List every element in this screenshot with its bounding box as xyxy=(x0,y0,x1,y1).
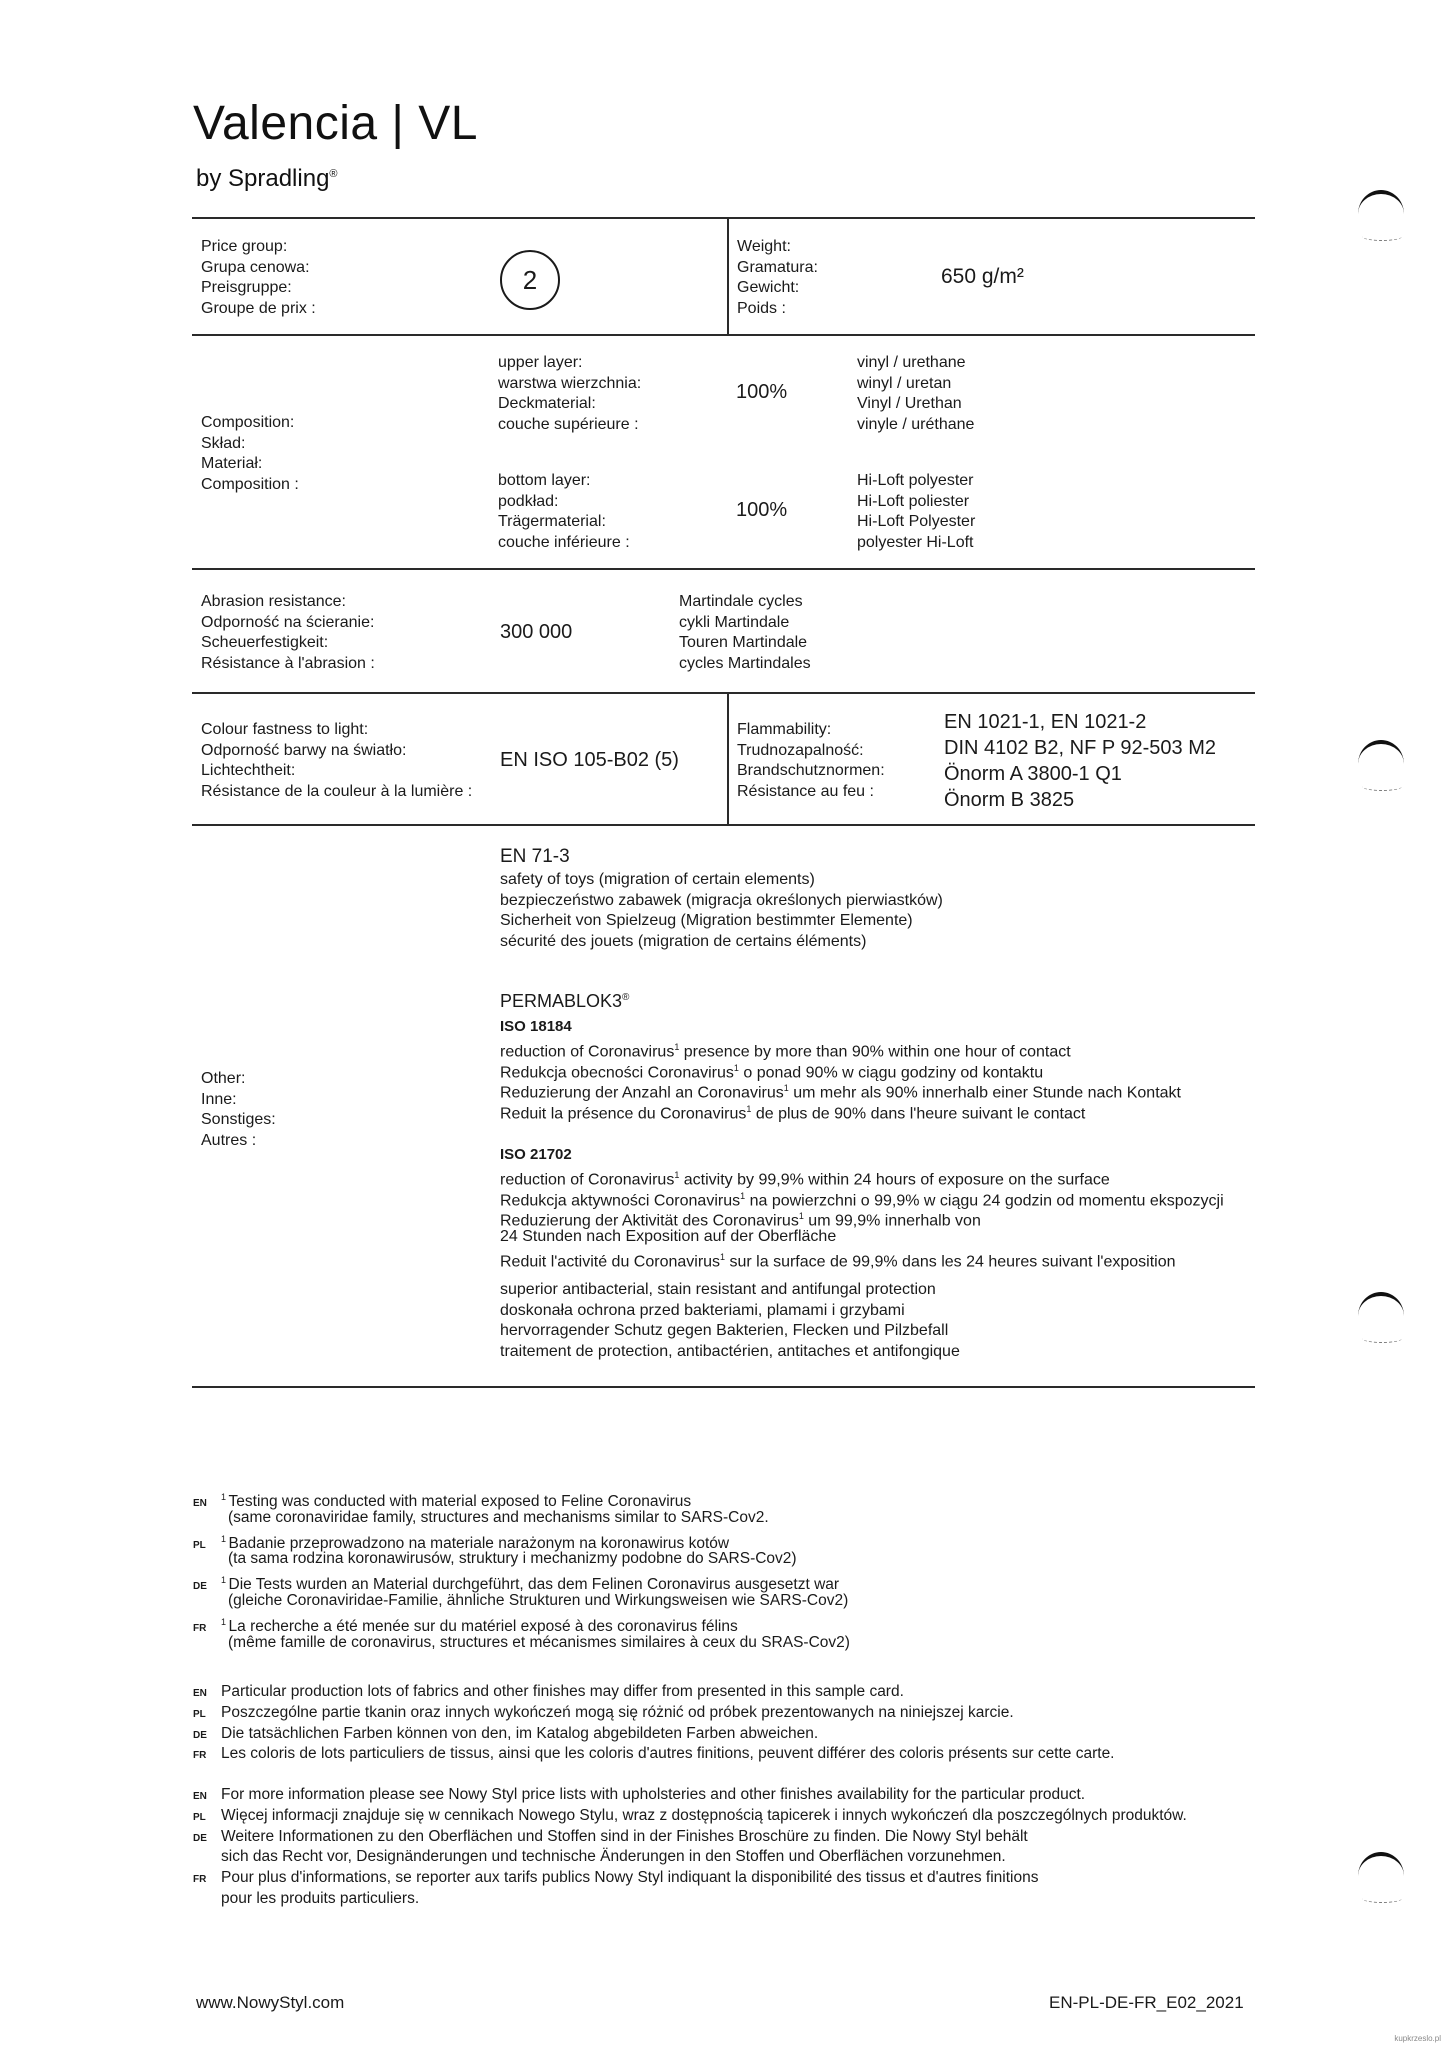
description-line: Reduzierung der Anzahl an Coronavirus1 u… xyxy=(500,1078,1181,1099)
colour-fastness-value: EN ISO 105-B02 (5) xyxy=(500,749,679,772)
divider xyxy=(727,692,729,824)
permablok-title: PERMABLOK3® xyxy=(500,991,629,1012)
bottom-layer-materials: Hi-Loft polyester Hi-Loft poliester Hi-L… xyxy=(857,471,975,553)
note-line: sich das Recht vor, Designänderungen und… xyxy=(193,1847,1187,1868)
note-line: (même famille de coronavirus, structures… xyxy=(193,1633,850,1654)
price-group-labels: Price group: Grupa cenowa: Preisgruppe: … xyxy=(201,237,316,319)
watermark: kupkrzeslo.pl xyxy=(1394,2034,1441,2043)
language-code: DE xyxy=(193,1726,221,1747)
page-title: Valencia | VL xyxy=(193,96,478,151)
colour-fastness-labels: Colour fastness to light: Odporność barw… xyxy=(201,720,472,802)
divider xyxy=(192,217,1255,219)
note-line: DEDie tatsächlichen Farben können von de… xyxy=(193,1724,1115,1745)
language-code: FR xyxy=(193,1619,221,1640)
description-line: Reduit l'activité du Coronavirus1 sur la… xyxy=(500,1247,1224,1268)
binder-hole-shadow xyxy=(1362,1894,1402,1903)
note-line: (ta sama rodzina koronawirusów, struktur… xyxy=(193,1549,850,1570)
bottom-layer-percent: 100% xyxy=(736,499,787,522)
abrasion-units: Martindale cycles cykli Martindale Toure… xyxy=(679,592,811,674)
note-line: (same coronaviridae family, structures a… xyxy=(193,1508,850,1529)
protection-description: superior antibacterial, stain resistant … xyxy=(500,1280,960,1362)
website-link[interactable]: www.NowyStyl.com xyxy=(196,1993,344,2013)
iso18184-title: ISO 18184 xyxy=(500,1018,572,1035)
description-line: Reduzierung der Aktivität des Coronaviru… xyxy=(500,1206,1224,1227)
divider xyxy=(192,824,1255,826)
iso21702-title: ISO 21702 xyxy=(500,1146,572,1163)
description-line: Reduit la présence du Coronavirus1 de pl… xyxy=(500,1099,1181,1120)
note-line: FR1 La recherche a été menée sur du maté… xyxy=(193,1612,850,1633)
note-line: DE1 Die Tests wurden an Material durchge… xyxy=(193,1570,850,1591)
flammability-labels: Flammability: Trudnozapalność: Brandschu… xyxy=(737,720,885,802)
binder-hole-mark xyxy=(1358,1852,1404,1876)
language-code: FR xyxy=(193,1746,221,1767)
note-line: PLPoszczególne partie tkanin oraz innych… xyxy=(193,1703,1115,1724)
note-line: pour les produits particuliers. xyxy=(193,1889,1187,1910)
abrasion-labels: Abrasion resistance: Odporność na ściera… xyxy=(201,592,375,674)
binder-hole-mark xyxy=(1358,190,1404,214)
document-code: EN-PL-DE-FR_E02_2021 xyxy=(1049,1993,1244,2013)
note-line: FRLes coloris de lots particuliers de ti… xyxy=(193,1744,1115,1765)
flammability-values: EN 1021-1, EN 1021-2 DIN 4102 B2, NF P 9… xyxy=(944,709,1216,813)
weight-labels: Weight: Gramatura: Gewicht: Poids : xyxy=(737,237,818,319)
footnote-notes: EN1 Testing was conducted with material … xyxy=(193,1487,850,1653)
brand-subtitle: by Spradling® xyxy=(196,165,338,193)
en71-title: EN 71-3 xyxy=(500,846,570,868)
language-code: FR xyxy=(193,1870,221,1891)
binder-hole-mark xyxy=(1358,740,1404,764)
divider xyxy=(192,1386,1255,1388)
binder-hole-shadow xyxy=(1362,1334,1402,1343)
note-line: ENParticular production lots of fabrics … xyxy=(193,1682,1115,1703)
description-line: Redukcja aktywności Coronavirus1 na powi… xyxy=(500,1186,1224,1207)
binder-hole-mark xyxy=(1358,1292,1404,1316)
abrasion-value: 300 000 xyxy=(500,621,572,644)
description-line: reduction of Coronavirus1 presence by mo… xyxy=(500,1037,1181,1058)
upper-layer-materials: vinyl / urethane winyl / uretan Vinyl / … xyxy=(857,353,974,435)
note-line: FRPour plus d'informations, se reporter … xyxy=(193,1868,1187,1889)
composition-labels: Composition: Skład: Materiał: Compositio… xyxy=(201,413,299,495)
other-labels: Other: Inne: Sonstiges: Autres : xyxy=(201,1069,276,1151)
language-code: PL xyxy=(193,1705,221,1726)
iso21702-description: reduction of Coronavirus1 activity by 99… xyxy=(500,1165,1224,1268)
iso18184-description: reduction of Coronavirus1 presence by mo… xyxy=(500,1037,1181,1119)
note-line: PLWięcej informacji znajduje się w cenni… xyxy=(193,1806,1187,1827)
binder-hole-shadow xyxy=(1362,232,1402,241)
language-code: DE xyxy=(193,1829,221,1850)
divider xyxy=(192,334,1255,336)
language-code: PL xyxy=(193,1808,221,1829)
divider xyxy=(192,568,1255,570)
divider xyxy=(727,217,729,334)
en71-description: safety of toys (migration of certain ele… xyxy=(500,870,943,952)
divider xyxy=(192,692,1255,694)
note-line: PL1 Badanie przeprowadzono na materiale … xyxy=(193,1529,850,1550)
description-line: Redukcja obecności Coronavirus1 o ponad … xyxy=(500,1058,1181,1079)
description-line: 24 Stunden nach Exposition auf der Oberf… xyxy=(500,1227,1224,1248)
weight-value: 650 g/m² xyxy=(941,265,1024,289)
upper-layer-percent: 100% xyxy=(736,381,787,404)
note-line: (gleiche Coronaviridae-Familie, ähnliche… xyxy=(193,1591,850,1612)
language-code: EN xyxy=(193,1494,221,1515)
more-info-notes: ENFor more information please see Nowy S… xyxy=(193,1785,1187,1910)
language-code: PL xyxy=(193,1536,221,1557)
note-line: EN1 Testing was conducted with material … xyxy=(193,1487,850,1508)
upper-layer-labels: upper layer: warstwa wierzchnia: Deckmat… xyxy=(498,353,641,435)
bottom-layer-labels: bottom layer: podkład: Trägermaterial: c… xyxy=(498,471,630,553)
language-code: EN xyxy=(193,1684,221,1705)
language-code: DE xyxy=(193,1577,221,1598)
price-group-badge: 2 xyxy=(500,250,560,310)
language-code: EN xyxy=(193,1787,221,1808)
production-notes: ENParticular production lots of fabrics … xyxy=(193,1682,1115,1765)
note-line: DEWeitere Informationen zu den Oberfläch… xyxy=(193,1827,1187,1848)
description-line: reduction of Coronavirus1 activity by 99… xyxy=(500,1165,1224,1186)
binder-hole-shadow xyxy=(1362,782,1402,791)
note-line: ENFor more information please see Nowy S… xyxy=(193,1785,1187,1806)
